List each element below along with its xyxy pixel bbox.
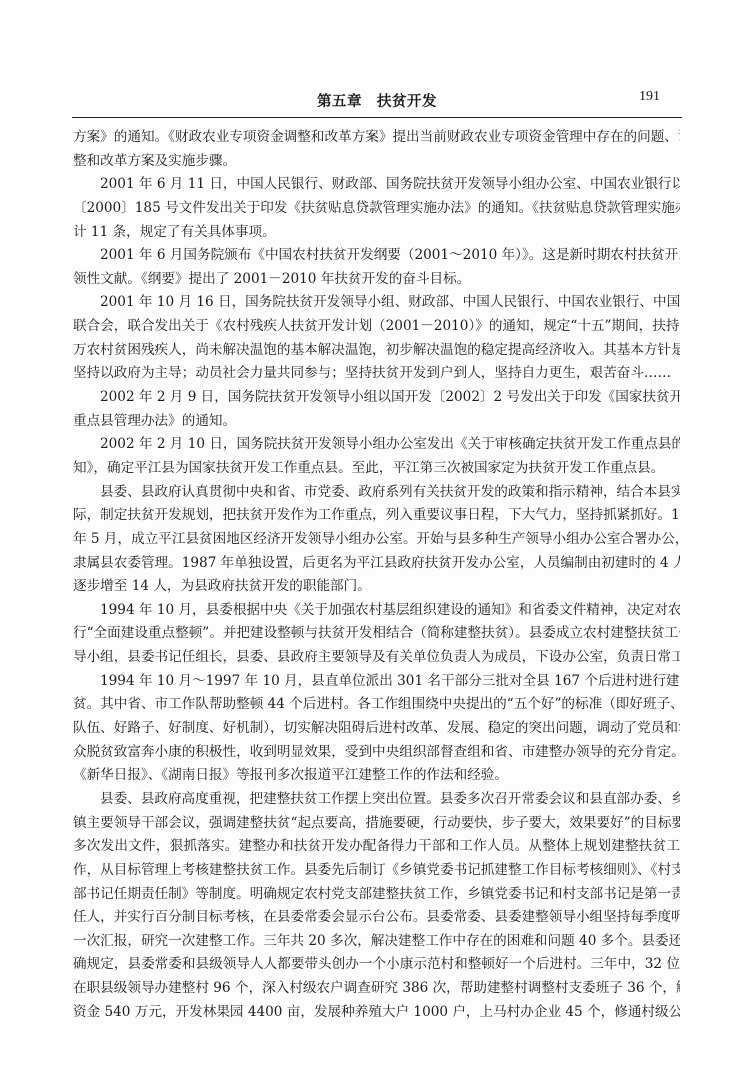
- book-page: 第五章 扶贫开发 191 方案》的通知。《财政农业专项资金调整和改革方案》提出当…: [0, 0, 750, 1065]
- text-line: 领性文献。《纲要》提出了 2001－2010 年扶贫开发的奋斗目标。: [73, 268, 680, 292]
- text-line: 导小组，县委书记任组长，县委、县政府主要领导及有关单位负责人为成员，下设办公室，…: [73, 646, 680, 670]
- header-rule: [72, 117, 682, 118]
- text-line: 一次汇报，研究一次建整工作。三年共 20 多次，解决建整工作中存在的困难和问题 …: [73, 930, 680, 954]
- body-text: 方案》的通知。《财政农业专项资金调整和改革方案》提出当前财政农业专项资金管理中存…: [73, 126, 680, 1024]
- text-line: 县委、县政府高度重视，把建整扶贫工作摆上突出位置。县委多次召开常委会议和县直部办…: [73, 788, 680, 812]
- text-line: 2001 年 10 月 16 日，国务院扶贫开发领导小组、财政部、中国人民银行、…: [73, 291, 680, 315]
- text-line: 任人，并实行百分制目标考核，在县委常委会显示台公布。县委常委、县委建整领导小组坚…: [73, 906, 680, 930]
- text-line: 计 11 条，规定了有关具体事项。: [73, 221, 680, 245]
- text-line: 重点县管理办法》的通知。: [73, 410, 680, 434]
- text-line: 贫。其中省、市工作队帮助整顿 44 个后进村。各工作组围绕中央提出的“五个好”的…: [73, 693, 680, 717]
- text-line: 1994 年 10 月，县委根据中央《关于加强农村基层组织建设的通知》和省委文件…: [73, 599, 680, 623]
- text-line: 2001 年 6 月国务院颁布《中国农村扶贫开发纲要（2001～2010 年）》…: [73, 244, 680, 268]
- text-line: 资金 540 万元，开发林果园 4400 亩，发展种养殖大户 1000 户，上马…: [73, 1001, 680, 1025]
- text-line: 镇主要领导干部会议，强调建整扶贫“起点要高，措施要硬，行动要快，步子要大，效果要…: [73, 812, 680, 836]
- running-header: 第五章 扶贫开发 191: [72, 88, 682, 110]
- text-line: 在职县级领导办建整村 96 个，深入村级农户调查研究 386 次，帮助建整村调整…: [73, 977, 680, 1001]
- text-line: 万农村贫困残疾人，尚未解决温饱的基本解决温饱，初步解决温饱的稳定提高经济收入。其…: [73, 339, 680, 363]
- text-line: 联合会，联合发出关于《农村残疾人扶贫开发计划（2001－2010）》的通知，规定…: [73, 315, 680, 339]
- paragraph: 1994 年 10 月，县委根据中央《关于加强农村基层组织建设的通知》和省委文件…: [73, 599, 680, 670]
- text-line: 坚持以政府为主导；动员社会力量共同参与；坚持扶贫开发到户到人，坚持自力更生，艰苦…: [73, 362, 680, 386]
- text-line: 2002 年 2 月 9 日，国务院扶贫开发领导小组以国开发〔2002〕2 号发…: [73, 386, 680, 410]
- paragraph: 2002 年 2 月 10 日，国务院扶贫开发领导小组办公室发出《关于审核确定扶…: [73, 433, 680, 480]
- paragraph: 县委、县政府认真贯彻中央和省、市党委、政府系列有关扶贫开发的政策和指示精神，结合…: [73, 481, 680, 599]
- text-line: 作，从目标管理上考核建整扶贫工作。县委先后制订《乡镇党委书记抓建整工作目标考核细…: [73, 859, 680, 883]
- paragraph: 2001 年 6 月 11 日，中国人民银行、财政部、国务院扶贫开发领导小组办公…: [73, 173, 680, 244]
- text-line: 方案》的通知。《财政农业专项资金调整和改革方案》提出当前财政农业专项资金管理中存…: [73, 126, 680, 150]
- paragraph: 2001 年 6 月国务院颁布《中国农村扶贫开发纲要（2001～2010 年）》…: [73, 244, 680, 291]
- text-line: 2002 年 2 月 10 日，国务院扶贫开发领导小组办公室发出《关于审核确定扶…: [73, 433, 680, 457]
- chapter-title: 第五章 扶贫开发: [72, 90, 682, 111]
- paragraph: 县委、县政府高度重视，把建整扶贫工作摆上突出位置。县委多次召开常委会议和县直部办…: [73, 788, 680, 1024]
- text-line: 逐步增至 14 人，为县政府扶贫开发的职能部门。: [73, 575, 680, 599]
- paragraph: 方案》的通知。《财政农业专项资金调整和改革方案》提出当前财政农业专项资金管理中存…: [73, 126, 680, 173]
- text-line: 整和改革方案及实施步骤。: [73, 150, 680, 174]
- text-line: 行“全面建设重点整顿”。并把建设整顿与扶贫开发相结合（简称建整扶贫）。县委成立农…: [73, 622, 680, 646]
- paragraph: 2001 年 10 月 16 日，国务院扶贫开发领导小组、财政部、中国人民银行、…: [73, 291, 680, 386]
- text-line: 2001 年 6 月 11 日，中国人民银行、财政部、国务院扶贫开发领导小组办公…: [73, 173, 680, 197]
- text-line: 知》，确定平江县为国家扶贫开发工作重点县。至此，平江第三次被国家定为扶贫开发工作…: [73, 457, 680, 481]
- text-line: 队伍、好路子、好制度、好机制），切实解决阻碍后进村改革、发展、稳定的突出问题，调…: [73, 717, 680, 741]
- text-line: 多次发出文件，狠抓落实。建整办和扶贫开发办配备得力干部和工作人员。从整体上规划建…: [73, 835, 680, 859]
- text-line: 际，制定扶贫开发规划，把扶贫开发作为工作重点，列入重要议事日程，下大气力，坚持抓…: [73, 504, 680, 528]
- text-line: 确规定，县委常委和县级领导人人都要带头创办一个小康示范村和整顿好一个后进村。三年…: [73, 953, 680, 977]
- text-line: 《新华日报》、《湖南日报》等报刊多次报道平江建整工作的作法和经验。: [73, 764, 680, 788]
- paragraph: 1994 年 10 月～1997 年 10 月，县直单位派出 301 名干部分三…: [73, 670, 680, 788]
- text-line: 1994 年 10 月～1997 年 10 月，县直单位派出 301 名干部分三…: [73, 670, 680, 694]
- text-line: 部书记任期责任制》等制度。明确规定农村党支部建整扶贫工作，乡镇党委书记和村支部书…: [73, 883, 680, 907]
- text-line: 众脱贫致富奔小康的积极性，收到明显效果，受到中央组织部督查组和省、市建整办领导的…: [73, 741, 680, 765]
- text-line: 县委、县政府认真贯彻中央和省、市党委、政府系列有关扶贫开发的政策和指示精神，结合…: [73, 481, 680, 505]
- page-number: 191: [639, 89, 660, 105]
- text-line: 〔2000〕185 号文件发出关于印发《扶贫贴息贷款管理实施办法》的通知。《扶贫…: [73, 197, 680, 221]
- text-line: 隶属县农委管理。1987 年单独设置，后更名为平江县政府扶贫开发办公室，人员编制…: [73, 552, 680, 576]
- text-line: 年 5 月，成立平江县贫困地区经济开发领导小组办公室。开始与县多种生产领导小组办…: [73, 528, 680, 552]
- paragraph: 2002 年 2 月 9 日，国务院扶贫开发领导小组以国开发〔2002〕2 号发…: [73, 386, 680, 433]
